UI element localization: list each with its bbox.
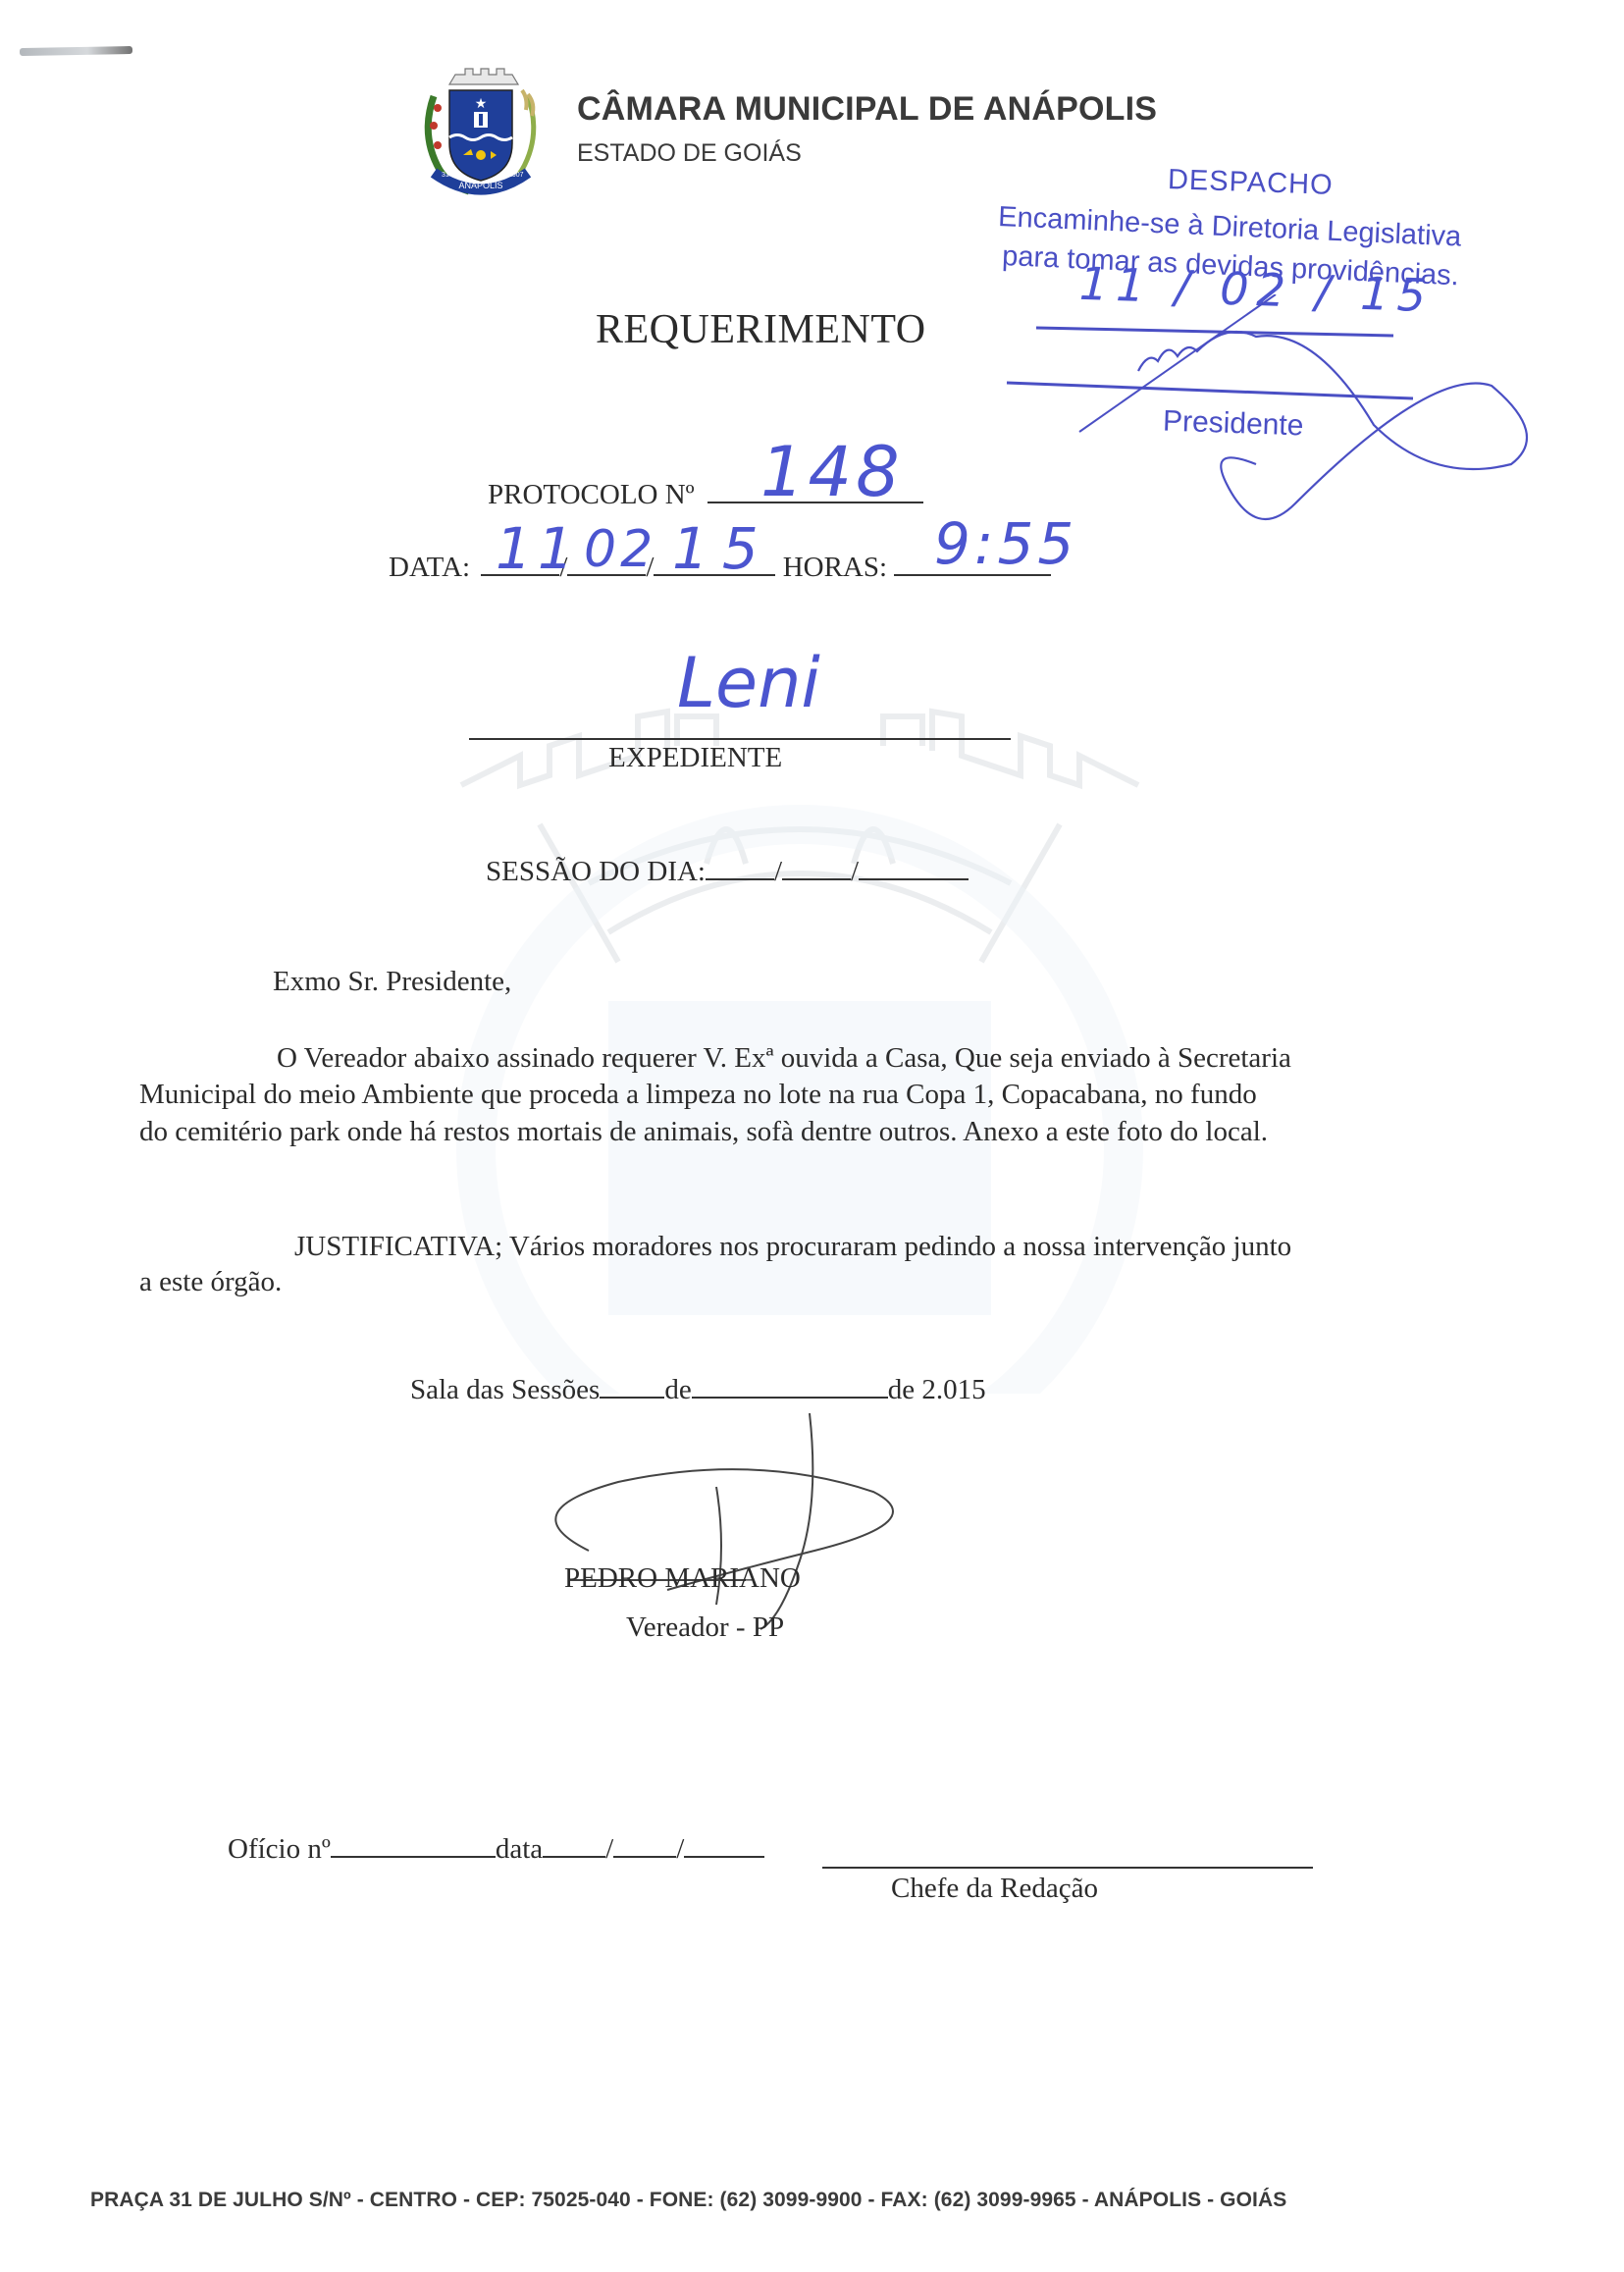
data-day-value: 11 [496,515,580,582]
chefe-label: Chefe da Redação [891,1873,1098,1905]
salutation: Exmo Sr. Presidente, [273,964,511,1001]
svg-text:31-7: 31-7 [442,172,455,179]
oficio-label: Ofício nº [228,1833,331,1865]
state-name: ESTADO DE GOIÁS [577,139,802,168]
body-line-2: Municipal do meio Ambiente que proceda a… [139,1077,1257,1114]
signer-name: PEDRO MARIANO [564,1562,801,1595]
document-title: REQUERIMENTO [596,306,926,353]
expediente-label: EXPEDIENTE [608,742,782,774]
oficio-data-label: data [496,1833,543,1865]
svg-text:ANÁPOLIS: ANÁPOLIS [458,181,502,190]
sessao-year-blank[interactable] [859,877,969,880]
chefe-signature-line [822,1867,1313,1869]
vereador-signature [530,1413,903,1639]
svg-text:1907: 1907 [508,172,524,179]
despacho-stamp-title: DESPACHO [1167,164,1334,202]
justificativa-line-1: JUSTIFICATIVA; Vários moradores nos proc… [294,1229,1291,1266]
despacho-signer-label: Presidente [1162,405,1304,444]
data-month-value: 02 [584,520,656,579]
horas-label: HORAS: [783,552,887,583]
horas-value: 9:55 [934,510,1077,577]
svg-text:★: ★ [475,96,488,112]
sala-day-blank[interactable] [600,1396,664,1399]
expediente-signature-line [469,738,1011,740]
data-label: DATA: [389,552,470,583]
oficio-number-blank[interactable] [331,1855,496,1858]
sala-month-blank[interactable] [692,1396,888,1399]
oficio-field: Ofício nºdata// [228,1833,764,1866]
protocolo-label: PROTOCOLO Nº [488,479,695,510]
oficio-month-blank[interactable] [613,1855,676,1858]
footer-address: PRAÇA 31 DE JULHO S/Nº - CENTRO - CEP: 7… [90,2189,1286,2212]
sala-das-sessoes: Sala das Sessõesdede 2.015 [410,1374,986,1406]
scan-artifact [20,46,132,56]
sessao-label: SESSÃO DO DIA: [486,856,706,887]
coat-of-arms-icon: ★ ANÁPOLIS 31-7 1907 [412,57,550,199]
institution-name: CÂMARA MUNICIPAL DE ANÁPOLIS [577,90,1157,129]
sessao-field: SESSÃO DO DIA:// [486,856,969,888]
body-line-1: O Vereador abaixo assinado requerer V. E… [277,1040,1291,1078]
oficio-day-blank[interactable] [543,1855,605,1858]
sessao-month-blank[interactable] [782,877,851,880]
oficio-year-blank[interactable] [684,1855,764,1858]
body-line-3: do cemitério park onde há restos mortais… [139,1114,1268,1151]
sessao-day-blank[interactable] [706,877,774,880]
protocolo-value: 148 [760,432,904,512]
signer-role: Vereador - PP [626,1612,784,1644]
data-year-value: 15 [672,515,772,582]
expediente-signature: Leni [677,643,820,723]
justificativa-line-2: a este órgão. [139,1264,282,1301]
